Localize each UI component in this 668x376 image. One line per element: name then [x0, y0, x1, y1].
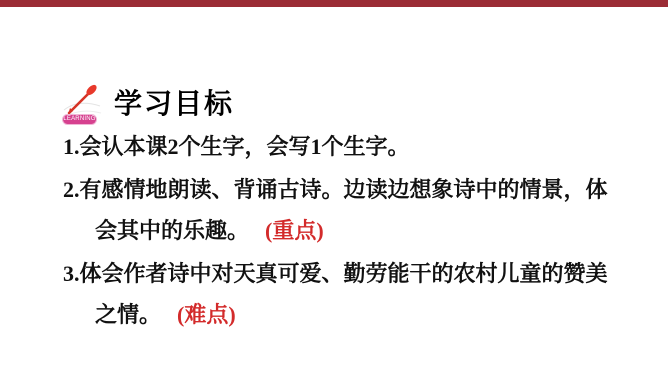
objective-3: 3.体会作者诗中对天真可爱、勤劳能干的农村儿童的赞美 之情。(难点): [63, 253, 653, 335]
difficult-point-tag: (难点): [177, 302, 236, 327]
objectives-list: 1.会认本课2个生字，会写1个生字。 2.有感情地朗读、背诵古诗。边读边想象诗中…: [63, 126, 653, 337]
objective-3-text-b: 之情。: [95, 302, 161, 327]
dart-learning-icon: LEARNING: [62, 79, 102, 126]
slide: LEARNING 学习目标 1.会认本课2个生字，会写1个生字。 2.有感情地朗…: [0, 0, 668, 376]
top-accent-bar: [0, 0, 668, 7]
objective-3-line-2: 之情。(难点): [63, 294, 653, 335]
objective-1-text: 1.会认本课2个生字，会写1个生字。: [63, 134, 410, 159]
objective-1-line-1: 1.会认本课2个生字，会写1个生字。: [63, 126, 653, 167]
learning-badge: LEARNING: [62, 114, 97, 125]
objective-2: 2.有感情地朗读、背诵古诗。边读边想象诗中的情景，体 会其中的乐趣。(重点): [63, 169, 653, 251]
objective-2-line-2: 会其中的乐趣。(重点): [63, 210, 653, 251]
objective-3-line-1: 3.体会作者诗中对天真可爱、勤劳能干的农村儿童的赞美: [63, 253, 653, 294]
objective-2-text-a: 2.有感情地朗读、背诵古诗。边读边想象诗中的情景，体: [63, 177, 608, 202]
objective-3-text-a: 3.体会作者诗中对天真可爱、勤劳能干的农村儿童的赞美: [63, 261, 608, 286]
objective-2-line-1: 2.有感情地朗读、背诵古诗。边读边想象诗中的情景，体: [63, 169, 653, 210]
key-point-tag: (重点): [265, 218, 324, 243]
objective-2-text-b: 会其中的乐趣。: [95, 218, 249, 243]
objective-1: 1.会认本课2个生字，会写1个生字。: [63, 126, 653, 167]
page-title: 学习目标: [114, 82, 234, 122]
